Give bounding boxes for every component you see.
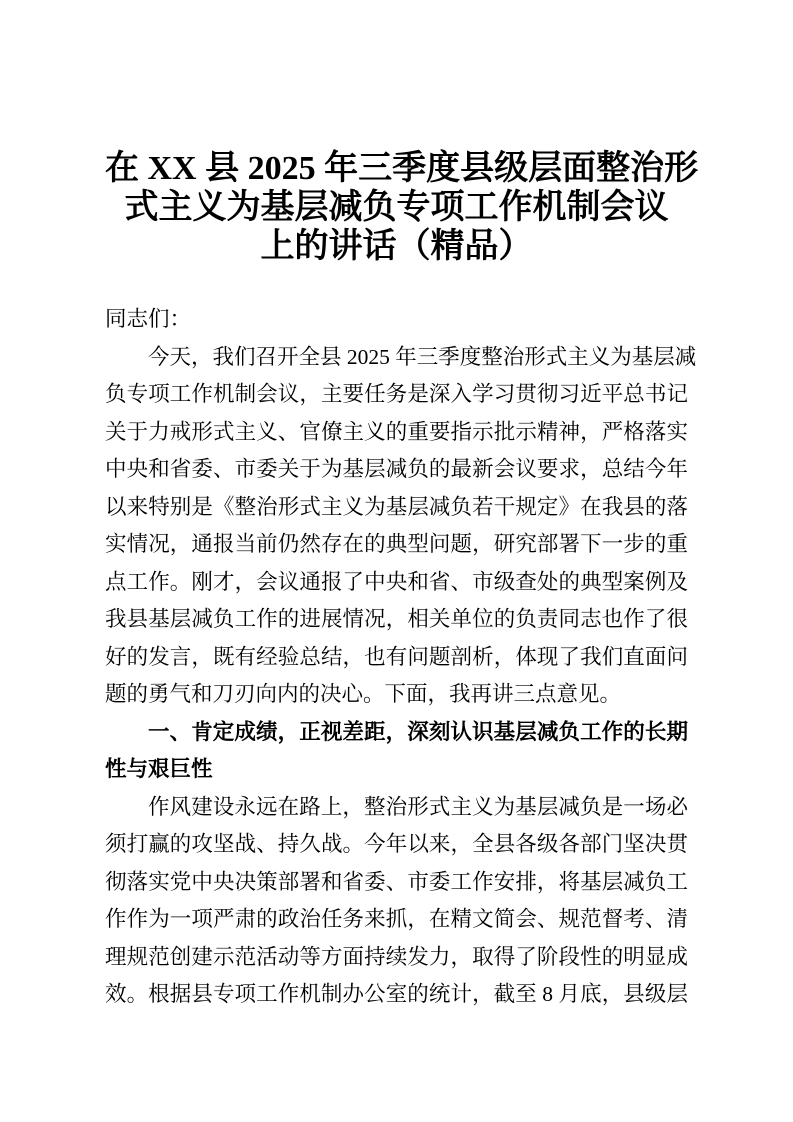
body-text-line: 中央和省委、市委关于为基层减负的最新会议要求，总结今年 xyxy=(105,451,688,489)
body-heading-line: 一、肯定成绩，正视差距，深刻认识基层减负工作的长期 xyxy=(105,714,688,752)
body-text-line: 理规范创建示范活动等方面持续发力，取得了阶段性的明显成 xyxy=(105,939,688,977)
body-text-line: 效。根据县专项工作机制办公室的统计，截至 8 月底，县级层 xyxy=(105,976,688,1014)
body-text-line: 我县基层减负工作的进展情况，相关单位的负责同志也作了很 xyxy=(105,601,688,639)
title-line: 式主义为基层减负专项工作机制会议 xyxy=(105,188,688,227)
body-text-line: 好的发言，既有经验总结，也有问题剖析，体现了我们直面问 xyxy=(105,639,688,677)
body-text-line: 彻落实党中央决策部署和省委、市委工作安排，将基层减负工 xyxy=(105,864,688,902)
body-text-line: 今天，我们召开全县 2025 年三季度整治形式主义为基层减 xyxy=(105,339,688,377)
body-text-line: 同志们： xyxy=(105,301,688,339)
document-page: 在 XX 县 2025 年三季度县级层面整治形式主义为基层减负专项工作机制会议上… xyxy=(0,0,793,1122)
body-text-line: 以来特别是《整治形式主义为基层减负若干规定》在我县的落 xyxy=(105,489,688,527)
title-line: 上的讲话（精品） xyxy=(105,227,688,266)
body-heading-line: 性与艰巨性 xyxy=(105,751,688,789)
body-text-line: 实情况，通报当前仍然存在的典型问题，研究部署下一步的重 xyxy=(105,526,688,564)
title-line: 在 XX 县 2025 年三季度县级层面整治形 xyxy=(105,149,688,188)
body-text-line: 负专项工作机制会议，主要任务是深入学习贯彻习近平总书记 xyxy=(105,376,688,414)
body-text-line: 题的勇气和刀刃向内的决心。下面，我再讲三点意见。 xyxy=(105,676,688,714)
document-body: 同志们：今天，我们召开全县 2025 年三季度整治形式主义为基层减负专项工作机制… xyxy=(105,301,688,1014)
body-text-line: 作作为一项严肃的政治任务来抓，在精文简会、规范督考、清 xyxy=(105,901,688,939)
document-title: 在 XX 县 2025 年三季度县级层面整治形式主义为基层减负专项工作机制会议上… xyxy=(105,149,688,266)
body-text-line: 须打赢的攻坚战、持久战。今年以来，全县各级各部门坚决贯 xyxy=(105,826,688,864)
body-text-line: 关于力戒形式主义、官僚主义的重要指示批示精神，严格落实 xyxy=(105,414,688,452)
body-text-line: 作风建设永远在路上，整治形式主义为基层减负是一场必 xyxy=(105,789,688,827)
body-text-line: 点工作。刚才，会议通报了中央和省、市级查处的典型案例及 xyxy=(105,564,688,602)
